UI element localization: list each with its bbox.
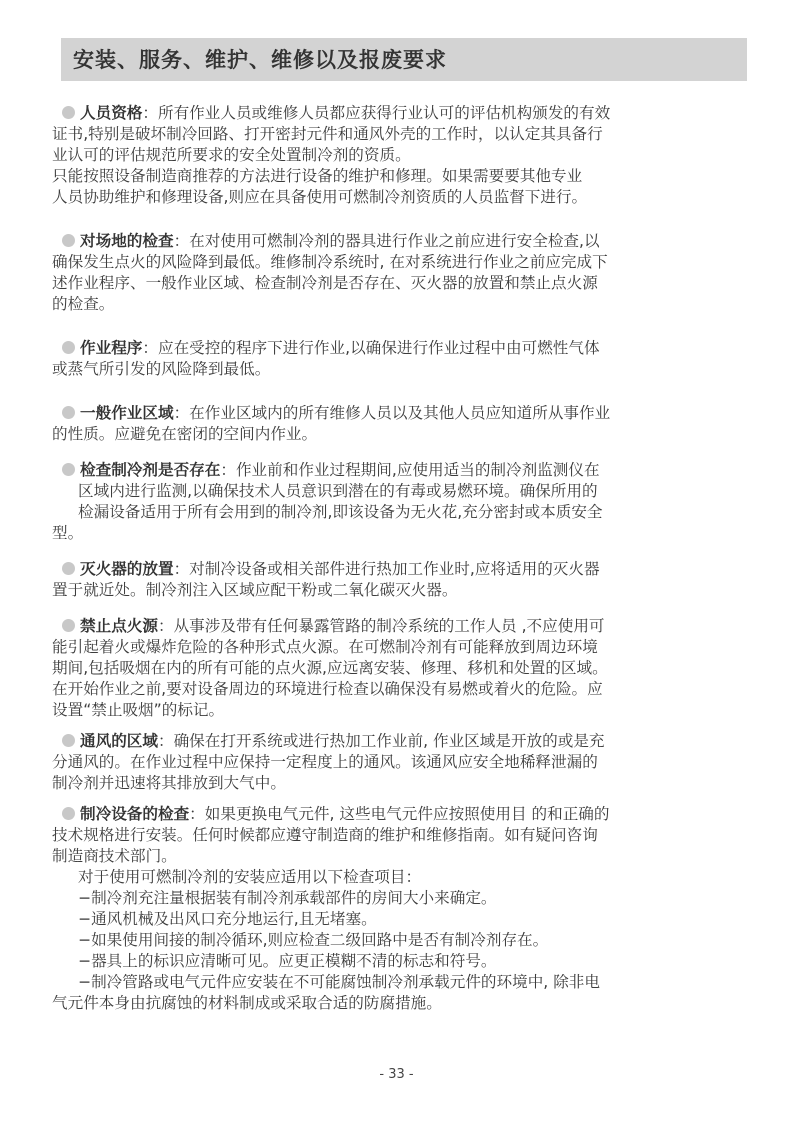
paragraph-line: 业认可的评估规范所要求的安全处置制冷剂的资质。	[52, 145, 744, 166]
paragraph-line: 对于使用可燃制冷剂的安装应适用以下检查项目：	[52, 867, 744, 888]
section-label: 作业程序	[80, 339, 142, 357]
section-label: 禁止点火源	[80, 617, 158, 635]
section-refrigerant-presence-check: 检查制冷剂是否存在：作业前和作业过程期间,应使用适当的制冷剂监测仪在 区域内进行…	[52, 460, 744, 544]
paragraph-line: ：在对使用可燃制冷剂的器具进行作业之前应进行安全检查,以	[174, 232, 600, 250]
bullet-icon	[62, 341, 75, 354]
paragraph-line: ：对制冷设备或相关部件进行热加工作业时,应将适用的灭火器	[174, 560, 600, 578]
section-general-work-area: 一般作业区域：在作业区域内的所有维修人员以及其他人员应知道所从事作业 的性质。应…	[52, 403, 744, 445]
paragraph-line: 型。	[52, 523, 744, 544]
bullet-icon	[62, 234, 75, 247]
page-title: 安装、服务、维护、维修以及报废要求	[73, 44, 447, 74]
paragraph-line: 或蒸气所引发的风险降到最低。	[52, 359, 744, 380]
paragraph-line: ：如果更换电气元件, 这些电气元件应按照使用目 的和正确的	[189, 805, 609, 823]
paragraph-line: 证书,特别是破坏制冷回路、打开密封元件和通风外壳的工作时，以认定其具备行	[52, 124, 744, 145]
paragraph-line: 人员协助维护和修理设备,则应在具备使用可燃制冷剂资质的人员监督下进行。	[52, 187, 744, 208]
section-site-check: 对场地的检查：在对使用可燃制冷剂的器具进行作业之前应进行安全检查,以 确保发生点…	[52, 231, 744, 315]
paragraph-line: 的性质。应避免在密闭的空间内作业。	[52, 424, 744, 445]
bullet-icon	[62, 106, 75, 119]
section-personnel-qualification: 人员资格：所有作业人员或维修人员都应获得行业认可的评估机构颁发的有效 证书,特别…	[52, 103, 744, 208]
section-no-ignition-sources: 禁止点火源：从事涉及带有任何暴露管路的制冷系统的工作人员 ,不应使用可 能引起着…	[52, 616, 744, 721]
bullet-icon	[62, 463, 75, 476]
paragraph-line: 只能按照设备制造商推荐的方法进行设备的维护和修理。如果需要要其他专业	[52, 166, 744, 187]
paragraph-line: 的检查。	[52, 294, 744, 315]
paragraph-line: 气元件本身由抗腐蚀的材料制成或采取合适的防腐措施。	[52, 993, 744, 1014]
bullet-icon	[62, 562, 75, 575]
section-extinguisher-placement: 灭火器的放置：对制冷设备或相关部件进行热加工作业时,应将适用的灭火器 置于就近处…	[52, 559, 744, 601]
section-refrigeration-equipment-check: 制冷设备的检查：如果更换电气元件, 这些电气元件应按照使用目 的和正确的 技术规…	[52, 804, 744, 1014]
bullet-icon	[62, 406, 75, 419]
section-label: 检查制冷剂是否存在	[80, 461, 220, 479]
section-work-procedure: 作业程序：应在受控的程序下进行作业,以确保进行作业过程中由可燃性气体 或蒸气所引…	[52, 338, 744, 380]
paragraph-line: 制冷剂并迅速将其排放到大气中。	[52, 773, 744, 794]
paragraph-line: 技术规格进行安装。任何时候都应遵守制造商的维护和维修指南。如有疑问咨询	[52, 825, 744, 846]
checklist-item: −通风机械及出风口充分地运行,且无堵塞。	[52, 909, 744, 930]
section-label: 对场地的检查	[80, 232, 174, 250]
checklist-item: −如果使用间接的制冷循环,则应检查二级回路中是否有制冷剂存在。	[52, 930, 744, 951]
section-label: 制冷设备的检查	[80, 805, 189, 823]
paragraph-line: ：作业前和作业过程期间,应使用适当的制冷剂监测仪在	[220, 461, 599, 479]
section-label: 灭火器的放置	[80, 560, 174, 578]
paragraph-line: 在开始作业之前,要对设备周边的环境进行检查以确保没有易燃或着火的危险。应	[52, 679, 744, 700]
paragraph-line: ：在作业区域内的所有维修人员以及其他人员应知道所从事作业	[174, 404, 611, 422]
paragraph-line: ：从事涉及带有任何暴露管路的制冷系统的工作人员 ,不应使用可	[158, 617, 605, 635]
section-ventilated-area: 通风的区域：确保在打开系统或进行热加工作业前, 作业区域是开放的或是充 分通风的…	[52, 731, 744, 794]
paragraph-line: 设置“禁止吸烟”的标记。	[52, 700, 744, 721]
paragraph-line: 检漏设备适用于所有会用到的制冷剂,即该设备为无火花,充分密封或本质安全	[52, 502, 744, 523]
paragraph-line: 确保发生点火的风险降到最低。维修制冷系统时, 在对系统进行作业之前应完成下	[52, 252, 744, 273]
page-number: - 33 -	[0, 1067, 793, 1082]
paragraph-line: 制造商技术部门。	[52, 846, 744, 867]
bullet-icon	[62, 734, 75, 747]
section-title-bar: 安装、服务、维护、维修以及报废要求	[61, 38, 747, 81]
paragraph-line: 分通风的。在作业过程中应保持一定程度上的通风。该通风应安全地稀释泄漏的	[52, 752, 744, 773]
paragraph-line: ：应在受控的程序下进行作业,以确保进行作业过程中由可燃性气体	[142, 339, 599, 357]
section-label: 人员资格	[80, 104, 142, 122]
paragraph-line: 述作业程序、一般作业区域、检查制冷剂是否存在、灭火器的放置和禁止点火源	[52, 273, 744, 294]
bullet-icon	[62, 807, 75, 820]
checklist-item: −制冷管路或电气元件应安装在不可能腐蚀制冷剂承载元件的环境中, 除非电	[52, 972, 744, 993]
checklist-item: −器具上的标识应清晰可见。应更正模糊不清的标志和符号。	[52, 951, 744, 972]
checklist-item: −制冷剂充注量根据装有制冷剂承载部件的房间大小来确定。	[52, 888, 744, 909]
section-label: 一般作业区域	[80, 404, 174, 422]
paragraph-line: 期间,包括吸烟在内的所有可能的点火源,应远离安装、修理、移机和处置的区域。	[52, 658, 744, 679]
paragraph-line: ：所有作业人员或维修人员都应获得行业认可的评估机构颁发的有效	[142, 104, 610, 122]
paragraph-line: 能引起着火或爆炸危险的各种形式点火源。在可燃制冷剂有可能释放到周边环境	[52, 637, 744, 658]
bullet-icon	[62, 619, 75, 632]
paragraph-line: 区域内进行监测,以确保技术人员意识到潜在的有毒或易燃环境。确保所用的	[52, 481, 744, 502]
section-label: 通风的区域	[80, 732, 158, 750]
paragraph-line: ：确保在打开系统或进行热加工作业前, 作业区域是开放的或是充	[158, 732, 605, 750]
paragraph-line: 置于就近处。制冷剂注入区域应配干粉或二氧化碳灭火器。	[52, 580, 744, 601]
document-body: 人员资格：所有作业人员或维修人员都应获得行业认可的评估机构颁发的有效 证书,特别…	[52, 103, 744, 1014]
